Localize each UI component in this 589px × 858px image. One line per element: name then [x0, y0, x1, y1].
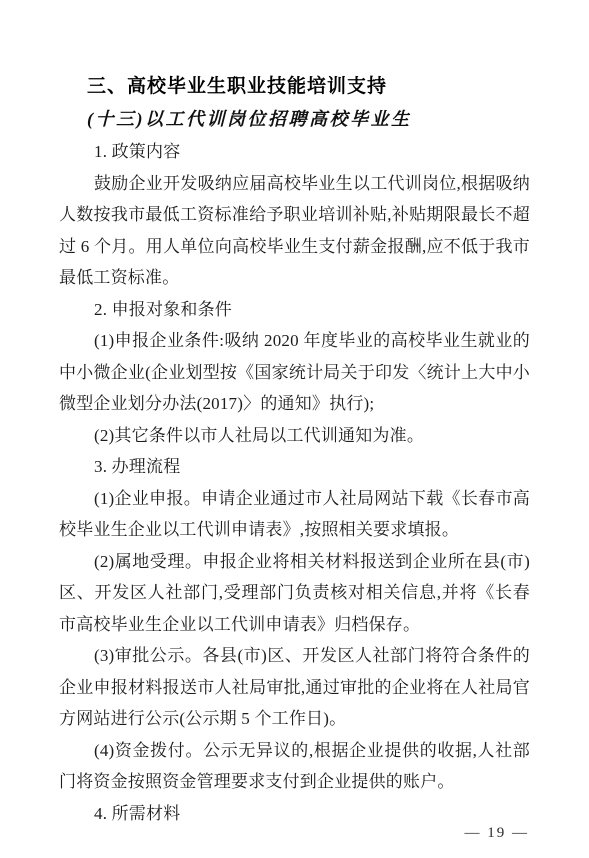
paragraph-process-step-2: (2)属地受理。申报企业将相关材料报送到企业所在县(市)区、开发区人社部门,受理…	[59, 546, 530, 641]
paragraph-process-step-4: (4)资金拨付。公示无异议的,根据企业提供的收据,人社部门将资金按照资金管理要求…	[59, 735, 530, 798]
paragraph-policy-content-label: 1. 政策内容	[59, 136, 530, 168]
paragraph-condition-2: (2)其它条件以市人社局以工代训通知为准。	[59, 420, 530, 452]
paragraph-required-materials-label: 4. 所需材料	[59, 798, 530, 830]
paragraph-process-label: 3. 办理流程	[59, 451, 530, 483]
paragraph-condition-1: (1)申报企业条件:吸纳 2020 年度毕业的高校毕业生就业的中小微企业(企业划…	[59, 325, 530, 420]
paragraph-application-targets-label: 2. 申报对象和条件	[59, 294, 530, 326]
document-content: 三、高校毕业生职业技能培训支持 (十三)以工代训岗位招聘高校毕业生 1. 政策内…	[59, 70, 530, 829]
document-page: 三、高校毕业生职业技能培训支持 (十三)以工代训岗位招聘高校毕业生 1. 政策内…	[0, 0, 589, 858]
paragraph-process-step-3: (3)审批公示。各县(市)区、开发区人社部门将符合条件的企业申报材料报送市人社局…	[59, 640, 530, 735]
paragraph-process-step-1: (1)企业申报。申请企业通过市人社局网站下载《长春市高校毕业生企业以工代训申请表…	[59, 483, 530, 546]
section-heading: 三、高校毕业生职业技能培训支持	[59, 70, 530, 103]
page-number: — 19 —	[465, 825, 530, 842]
subsection-heading: (十三)以工代训岗位招聘高校毕业生	[59, 103, 530, 136]
paragraph-policy-content-body: 鼓励企业开发吸纳应届高校毕业生以工代训岗位,根据吸纳人数按我市最低工资标准给予职…	[59, 168, 530, 294]
